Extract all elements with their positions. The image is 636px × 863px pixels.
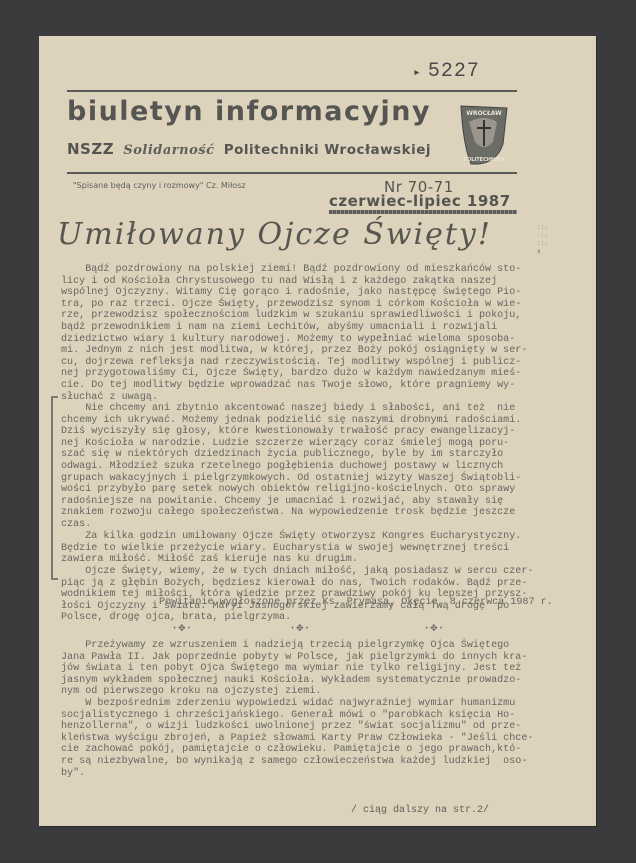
paragraph-4: Ojcze Święty, wiemy, że w tych dniach mi… xyxy=(61,566,579,624)
archive-stamp: ▸5227 xyxy=(413,60,480,83)
continuation-note: / ciąg dalszy na str.2/ xyxy=(351,805,489,816)
stamp-mark-icon: ▸ xyxy=(413,65,422,80)
date-underline xyxy=(329,210,517,214)
masthead-subtitle: NSZZ Solidarność Politechniki Wrocławski… xyxy=(67,140,431,158)
signature-line: Powitanie wygłoszone przez Ks. Prymasa, … xyxy=(159,597,553,608)
section2-paragraph-1: Przeżywamy ze wzruszeniem i nadzieją trz… xyxy=(61,640,579,698)
svg-text:POLITECHNIKA: POLITECHNIKA xyxy=(463,157,505,163)
org-prefix: NSZZ xyxy=(67,140,114,158)
svg-text:WROCŁAW: WROCŁAW xyxy=(466,110,502,117)
motto: "Spisane będą czyny i rozmowy" Cz. Miłos… xyxy=(73,181,246,190)
ornament-right-icon: ·✥· xyxy=(423,620,445,635)
headline: Umiłowany Ojcze Święty! xyxy=(57,217,492,252)
margin-bracket xyxy=(51,396,58,580)
margin-annotation: :::·::::: ▮ xyxy=(537,224,565,264)
masthead-bottom-rule xyxy=(67,172,517,174)
paragraph-2: Nie chcemy ani zbytnio akcentować naszej… xyxy=(61,403,579,531)
issue-date: czerwiec-lipiec 1987 xyxy=(329,192,511,210)
section2-paragraph-2: W bezpośrednim zderzeniu wypowiedzi wida… xyxy=(61,698,579,779)
org-suffix: Politechniki Wrocławskiej xyxy=(224,142,431,158)
ornament-center-icon: ·✥· xyxy=(289,620,311,635)
masthead-top-rule xyxy=(67,90,517,92)
archive-number: 5227 xyxy=(428,60,480,83)
document-page: ▸5227 biuletyn informacyjny NSZZ Solidar… xyxy=(39,36,596,826)
paragraph-3: Za kilka godzin umiłowany Ojcze Święty o… xyxy=(61,531,579,566)
ornament-left-icon: ·✥· xyxy=(171,620,193,635)
masthead-title: biuletyn informacyjny xyxy=(67,96,431,127)
paragraph-1: Bądź pozdrowiony na polskiej ziemi! Bądź… xyxy=(61,264,579,403)
university-crest-icon: WROCŁAW POLITECHNIKA xyxy=(459,104,509,166)
org-name: Solidarność xyxy=(123,143,214,158)
